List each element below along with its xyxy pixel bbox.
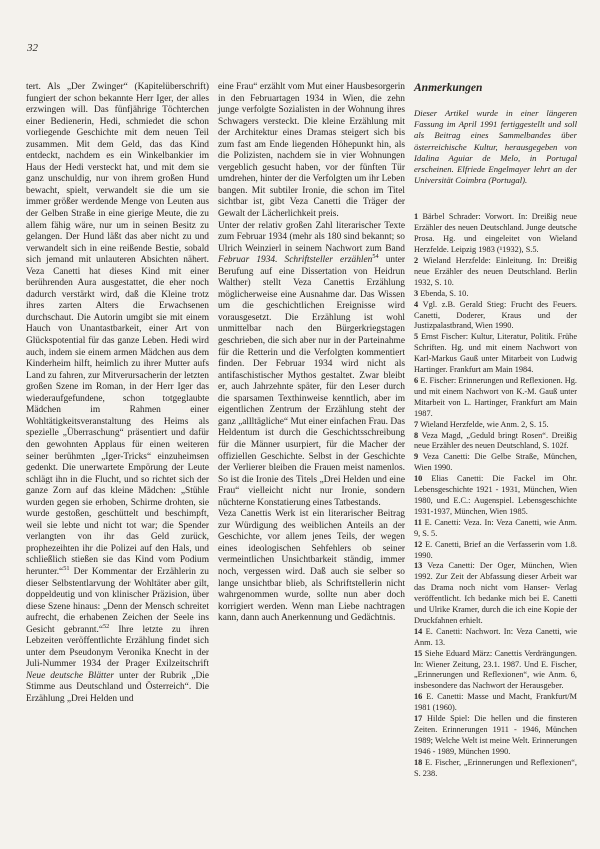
- endnote-item: 14 E. Canetti: Nachwort. In: Veza Canett…: [414, 627, 577, 649]
- document-page: 32 tert. Als „Der Zwinger“ (Kapitelübers…: [0, 0, 600, 849]
- endnote-item: 12 E. Canetti, Brief an die Verfasserin …: [414, 540, 577, 562]
- endnote-item: 15 Siehe Eduard März: Canettis Verdrängu…: [414, 649, 577, 693]
- body-paragraph: tert. Als „Der Zwinger“ (Kapitelüberschr…: [26, 82, 209, 706]
- endnote-item: 8 Veza Magd, „Geduld bringt Rosen“. Drei…: [414, 431, 577, 453]
- endnotes-intro: Dieser Artikel wurde in einer längeren F…: [414, 108, 577, 186]
- endnote-text: Veza Canetti: Der Oger, München, Wien 19…: [414, 561, 577, 625]
- endnotes-list: 1 Bärbel Schrader: Vorwort. In: Dreißig …: [414, 212, 577, 779]
- endnote-text: Veza Magd, „Geduld bringt Rosen“. Dreißi…: [414, 431, 577, 451]
- endnote-text: E. Canetti: Veza. In: Veza Canetti, wie …: [414, 518, 577, 538]
- text-run: unter Berufung auf eine Dissertation von…: [218, 255, 405, 507]
- endnote-text: Wieland Herzfelde: Einleitung. In: Dreiß…: [414, 256, 577, 287]
- text-run: Februar 1934. Schriftsteller erzählen: [218, 255, 372, 265]
- body-paragraph: eine Frau“ erzählt vom Mut einer Hausbes…: [218, 82, 405, 221]
- page-number: 32: [27, 42, 38, 54]
- body-paragraph: Veza Canettis Werk ist ein literarischer…: [218, 509, 405, 624]
- endnote-item: 3 Ebenda, S. 10.: [414, 289, 577, 300]
- endnote-item: 18 E. Fischer, „Erinnerungen und Reflexi…: [414, 758, 577, 780]
- endnote-item: 11 E. Canetti: Veza. In: Veza Canetti, w…: [414, 518, 577, 540]
- endnote-item: 10 Elias Canetti: Die Fackel im Ohr. Leb…: [414, 474, 577, 518]
- left-text-column: tert. Als „Der Zwinger“ (Kapitelüberschr…: [26, 82, 209, 706]
- endnote-text: Ernst Fischer: Kultur, Literatur, Politi…: [414, 332, 577, 374]
- endnote-text: Vgl. z.B. Gerald Stieg: Frucht des Feuer…: [414, 300, 577, 331]
- endnotes-heading: Anmerkungen: [414, 82, 577, 94]
- endnote-item: 7 Wieland Herzfelde, wie Anm. 2, S. 15.: [414, 420, 577, 431]
- endnote-item: 6 E. Fischer: Erinnerungen und Reflexion…: [414, 376, 577, 420]
- endnote-text: Veza Canetti: Die Gelbe Straße, München,…: [414, 452, 577, 472]
- endnote-text: E. Canetti: Nachwort. In: Veza Canetti, …: [414, 627, 577, 647]
- text-run: Veza Canettis Werk ist ein literarischer…: [218, 509, 405, 623]
- text-run: tert. Als „Der Zwinger“ (Kapitelüberschr…: [26, 82, 209, 577]
- middle-text-column: eine Frau“ erzählt vom Mut einer Hausbes…: [218, 82, 405, 625]
- body-paragraph: Unter der relativ großen Zahl literarisc…: [218, 221, 405, 510]
- endnote-item: 1 Bärbel Schrader: Vorwort. In: Dreißig …: [414, 212, 577, 256]
- endnote-item: 9 Veza Canetti: Die Gelbe Straße, Münche…: [414, 452, 577, 474]
- endnote-item: 2 Wieland Herzfelde: Einleitung. In: Dre…: [414, 256, 577, 289]
- endnote-text: Ebenda, S. 10.: [418, 289, 468, 298]
- endnote-text: E. Canetti, Brief an die Verfasserin vom…: [414, 540, 577, 560]
- endnotes-column: Anmerkungen Dieser Artikel wurde in eine…: [414, 82, 577, 780]
- text-run: Unter der relativ großen Zahl literarisc…: [218, 221, 405, 254]
- endnote-item: 13 Veza Canetti: Der Oger, München, Wien…: [414, 561, 577, 626]
- endnote-item: 16 E. Canetti: Masse und Macht, Frankfur…: [414, 692, 577, 714]
- endnote-text: Hilde Spiel: Die hellen und die finstere…: [414, 714, 577, 756]
- endnote-text: Bärbel Schrader: Vorwort. In: Dreißig ne…: [414, 212, 577, 254]
- endnote-text: E. Canetti: Masse und Macht, Frankfurt/M…: [414, 692, 577, 712]
- endnote-item: 17 Hilde Spiel: Die hellen und die finst…: [414, 714, 577, 758]
- endnote-text: E. Fischer, „Erinnerungen und Reflexione…: [414, 758, 577, 778]
- endnote-number: 11: [414, 518, 422, 527]
- endnote-text: Siehe Eduard März: Canettis Verdrängunge…: [414, 649, 577, 691]
- text-run: Neue deutsche Blätter: [26, 671, 114, 681]
- endnote-text: Wieland Herzfelde, wie Anm. 2, S. 15.: [418, 420, 548, 429]
- endnote-item: 5 Ernst Fischer: Kultur, Literatur, Poli…: [414, 332, 577, 376]
- endnote-item: 4 Vgl. z.B. Gerald Stieg: Frucht des Feu…: [414, 300, 577, 333]
- endnote-text: Elias Canetti: Die Fackel im Ohr. Lebens…: [414, 474, 577, 516]
- endnote-text: E. Fischer: Erinnerungen und Reflexionen…: [414, 376, 577, 418]
- text-run: eine Frau“ erzählt vom Mut einer Hausbes…: [218, 82, 405, 219]
